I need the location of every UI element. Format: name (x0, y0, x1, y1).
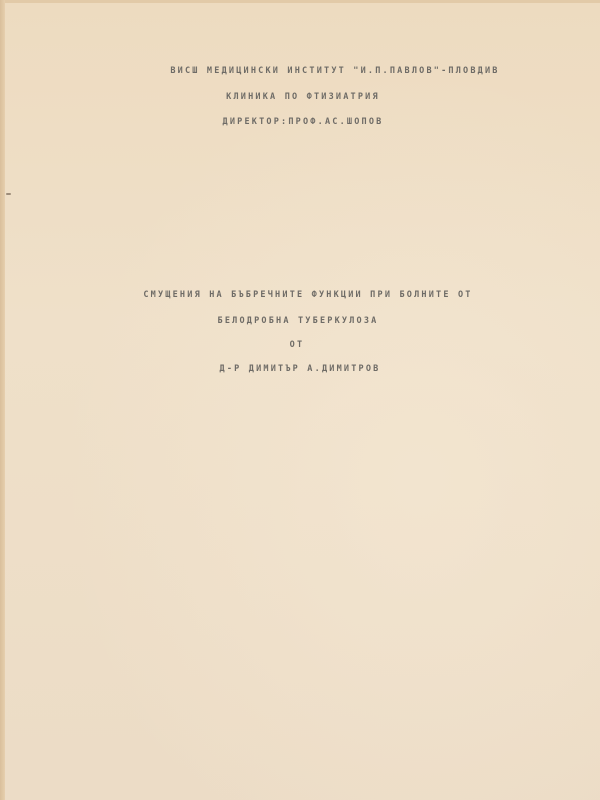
title-line-2: БЕЛОДРОБНА ТУБЕРКУЛОЗА (0, 316, 598, 326)
by-label: ОТ (0, 340, 597, 350)
author-name: Д-Р ДИМИТЪР А.ДИМИТРОВ (0, 364, 600, 374)
director-line: ДИРЕКТОР:ПРОФ.АС.ШОПОВ (3, 117, 600, 127)
clinic-heading: КЛИНИКА ПО ФТИЗИАТРИЯ (3, 92, 600, 102)
paper-speck (6, 193, 11, 195)
document-page: ВИСШ МЕДИЦИНСКИ ИНСТИТУТ "И.П.ПАВЛОВ"-ПЛ… (0, 0, 600, 800)
page-top-edge (0, 0, 600, 3)
title-line-1: СМУЩЕНИЯ НА БЪБРЕЧНИТЕ ФУНКЦИИ ПРИ БОЛНИ… (8, 290, 600, 300)
institution-heading: ВИСШ МЕДИЦИНСКИ ИНСТИТУТ "И.П.ПАВЛОВ"-ПЛ… (35, 66, 600, 76)
